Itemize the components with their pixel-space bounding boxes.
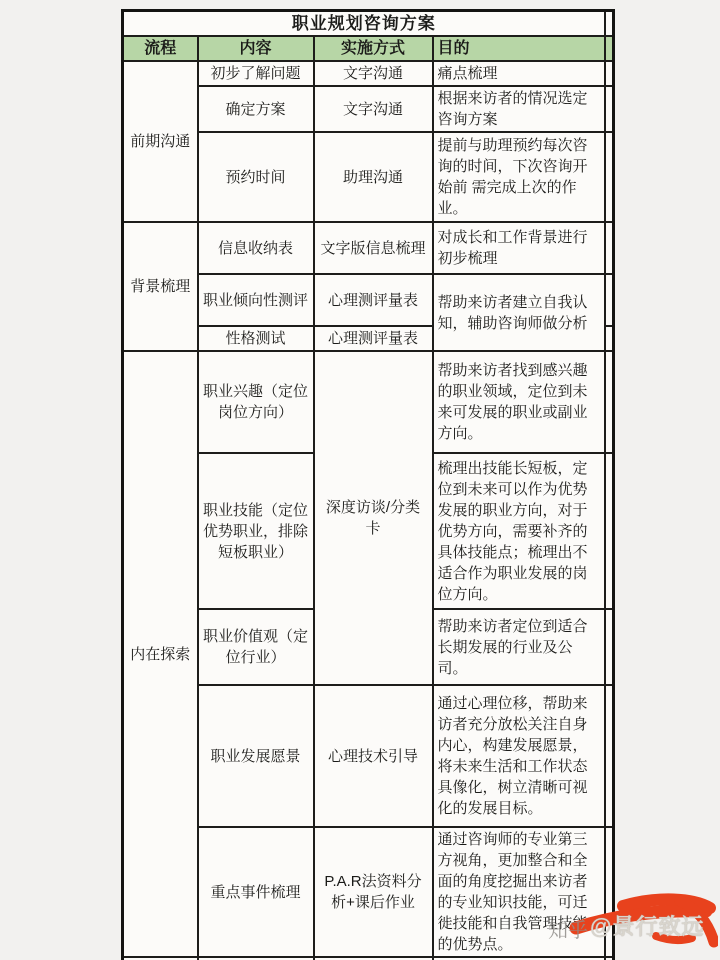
purpose-cell: 帮助来访者定位到适合长期发展的行业及公司。	[433, 609, 605, 685]
content-cell: 信息收纳表	[198, 222, 314, 274]
process-group-cell: 内在探索	[123, 351, 198, 957]
table-title: 职业规划咨询方案	[123, 11, 605, 37]
header-purpose: 目的	[433, 36, 605, 61]
career-plan-table: 职业规划咨询方案 流程 内容 实施方式 目的 前期沟通 初步了解问题 文字沟通 …	[121, 9, 615, 960]
content-cell: 初步了解问题	[198, 61, 314, 86]
purpose-cell: 痛点梳理	[433, 61, 605, 86]
cutoff-column-cell	[605, 326, 614, 351]
cutoff-column-cell	[605, 453, 614, 609]
method-cell: 助理沟通	[314, 132, 433, 222]
header-method: 实施方式	[314, 36, 433, 61]
purpose-cell: 对成长和工作背景进行初步梳理	[433, 222, 605, 274]
cutoff-column-cell	[605, 609, 614, 685]
cutoff-column-cell	[605, 36, 614, 61]
cutoff-column-cell	[605, 86, 614, 132]
method-cell: 心理技术引导	[314, 685, 433, 827]
purpose-cell: 提前与助理预约每次咨询的时间，下次咨询开始前 需完成上次的作业。	[433, 132, 605, 222]
content-cell: 预约时间	[198, 132, 314, 222]
cutoff-column-cell	[605, 274, 614, 326]
cutoff-column-cell	[605, 61, 614, 86]
purpose-cell: 帮助来访者找到感兴趣的职业领域，定位到未来可发展的职业或副业方向。	[433, 351, 605, 453]
method-cell: 心理测评量表	[314, 274, 433, 326]
plan-table: 职业规划咨询方案 流程 内容 实施方式 目的 前期沟通 初步了解问题 文字沟通 …	[121, 9, 615, 960]
content-cell: 性格测试	[198, 326, 314, 351]
cutoff-column-cell	[605, 132, 614, 222]
cutoff-column-cell	[605, 827, 614, 957]
cutoff-column-cell	[605, 685, 614, 827]
method-cell: 深度访谈/分类卡	[314, 351, 433, 685]
content-cell: 职业兴趣（定位岗位方向）	[198, 351, 314, 453]
cutoff-column-cell	[605, 351, 614, 453]
cutoff-column-cell	[605, 11, 614, 37]
content-cell: 职业价值观（定位行业）	[198, 609, 314, 685]
content-cell: 职业发展愿景	[198, 685, 314, 827]
method-cell: 文字版信息梳理	[314, 222, 433, 274]
method-cell: 文字沟通	[314, 61, 433, 86]
process-group-cell: 前期沟通	[123, 61, 198, 222]
purpose-cell: 通过咨询师的专业第三方视角，更加整合和全面的角度挖掘出来访者的专业知识技能，可迁…	[433, 827, 605, 957]
content-cell: 职业技能（定位优势职业，排除短板职业）	[198, 453, 314, 609]
header-process: 流程	[123, 36, 198, 61]
cutoff-column-cell	[605, 222, 614, 274]
method-cell: P.A.R法资料分析+课后作业	[314, 827, 433, 957]
method-cell: 文字沟通	[314, 86, 433, 132]
content-cell: 重点事件梳理	[198, 827, 314, 957]
header-content: 内容	[198, 36, 314, 61]
purpose-cell: 根据来访者的情况选定咨询方案	[433, 86, 605, 132]
purpose-cell: 通过心理位移，帮助来访者充分放松关注自身内心，构建发展愿景，将未来生活和工作状态…	[433, 685, 605, 827]
content-cell: 确定方案	[198, 86, 314, 132]
process-group-cell: 背景梳理	[123, 222, 198, 351]
method-cell: 心理测评量表	[314, 326, 433, 351]
purpose-cell: 梳理出技能长短板，定位到未来可以作为优势发展的职业方向，对于优势方向，需要补齐的…	[433, 453, 605, 609]
purpose-cell: 帮助来访者建立自我认知，辅助咨询师做分析	[433, 274, 605, 351]
content-cell: 职业倾向性测评	[198, 274, 314, 326]
